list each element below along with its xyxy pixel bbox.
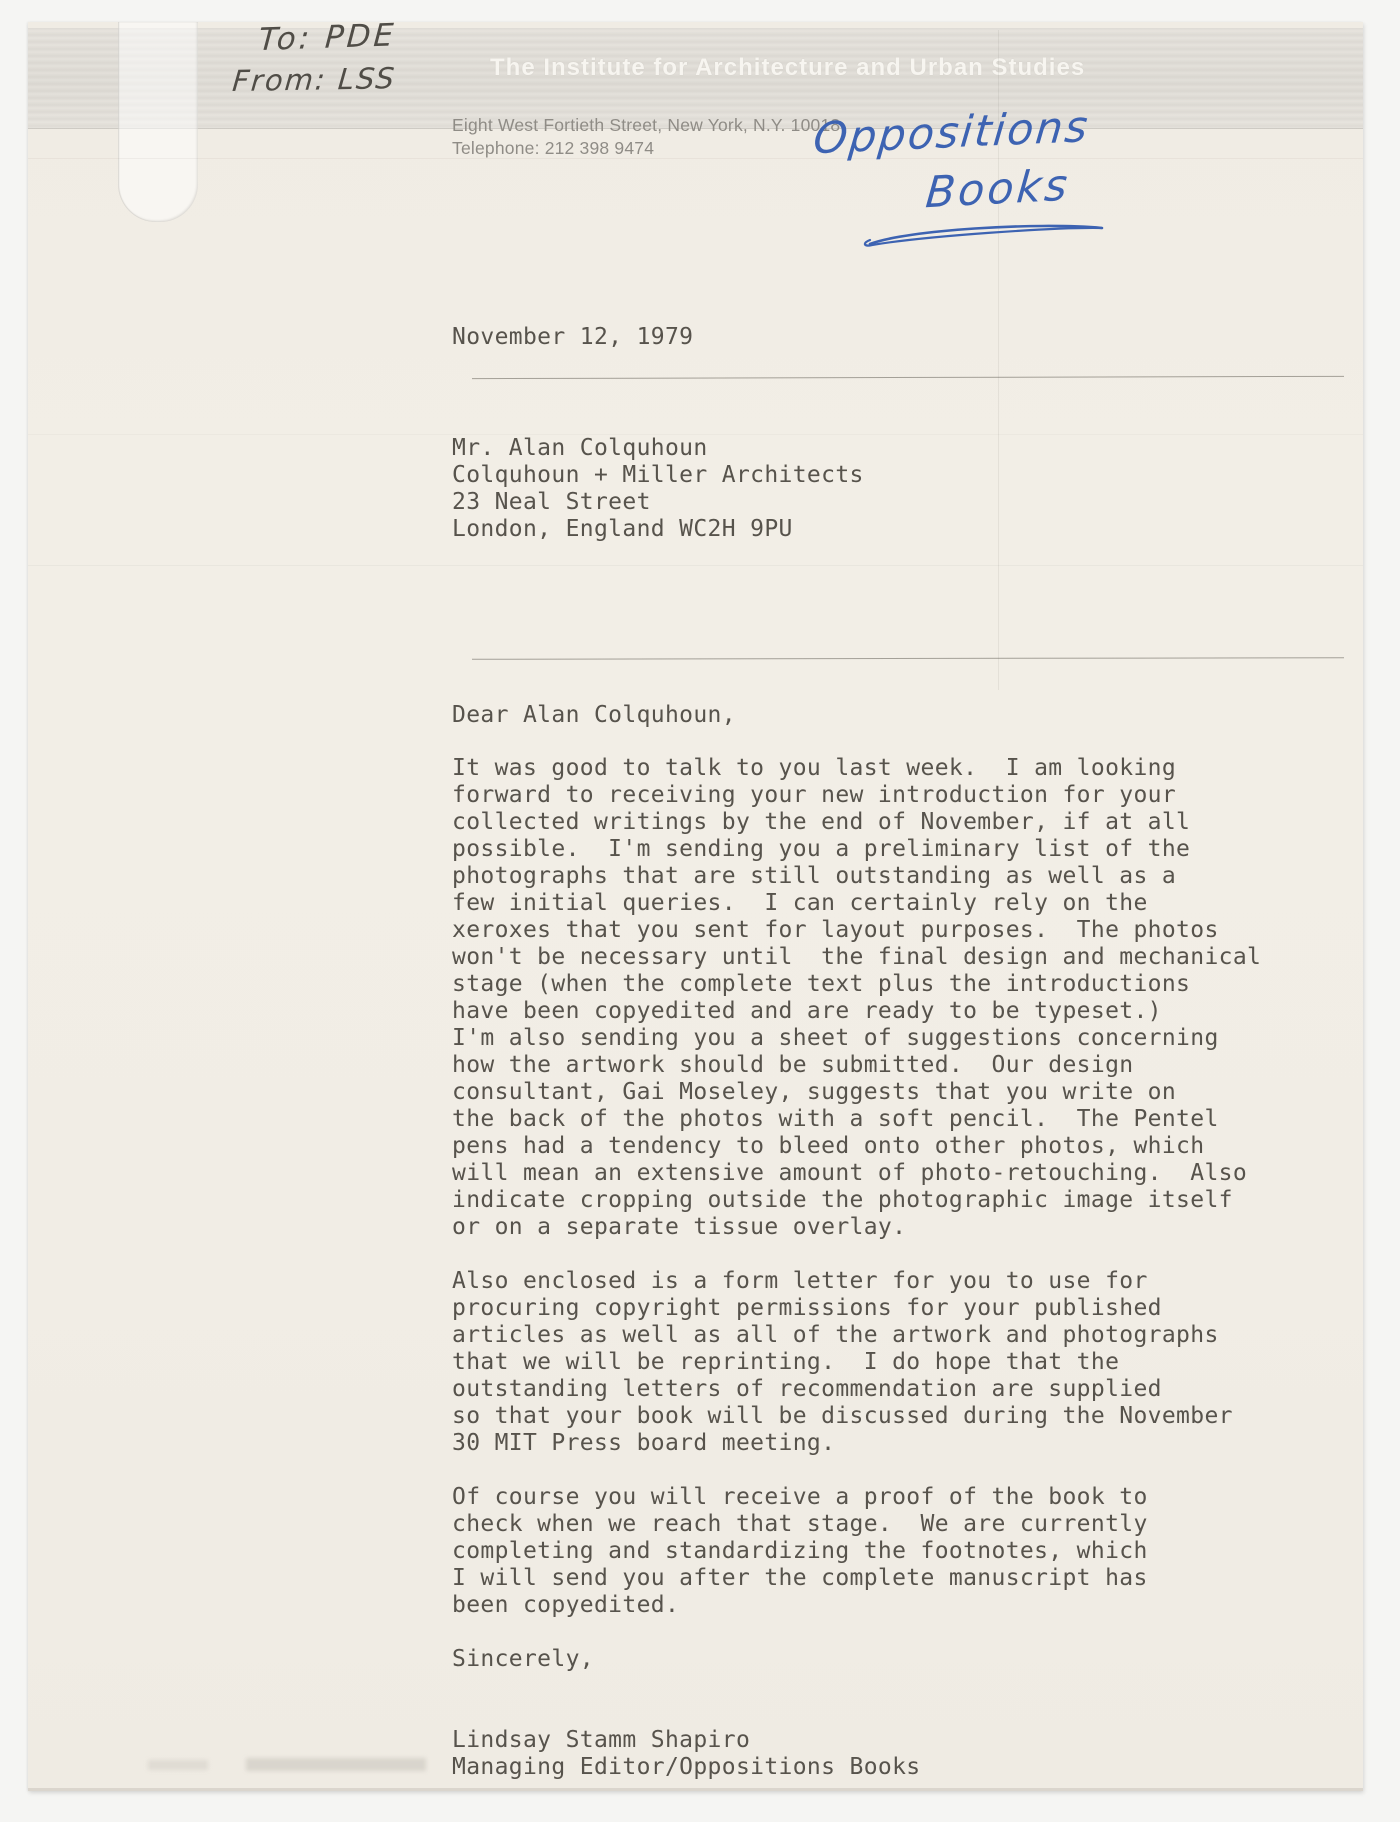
institute-name-ghost-text: The Institute for Architecture and Urban…	[490, 54, 1250, 82]
body-paragraph-3: Of course you will receive a proof of th…	[452, 1484, 1148, 1619]
handwritten-to-note: To: PDE	[257, 17, 397, 58]
handwritten-books: Books	[924, 160, 1073, 218]
signature-block: Lindsay Stamm Shapiro Managing Editor/Op…	[452, 1727, 921, 1781]
closing: Sincerely,	[452, 1646, 594, 1673]
body-paragraph-2: Also enclosed is a form letter for you t…	[452, 1268, 1233, 1457]
letterhead-address: Eight West Fortieth Street, New York, N.…	[452, 114, 840, 160]
ghost-ink-smudge	[246, 1758, 426, 1771]
letter-paper: The Institute for Architecture and Urban…	[28, 22, 1363, 1791]
letterhead-telephone-line: Telephone: 212 398 9474	[452, 138, 654, 158]
recipient-address-block: Mr. Alan Colquhoun Colquhoun + Miller Ar…	[452, 435, 864, 543]
horizontal-rule-top	[472, 376, 1344, 379]
paper-bottom-edge	[28, 1788, 1363, 1791]
letterhead-street-line: Eight West Fortieth Street, New York, N.…	[452, 115, 840, 135]
tape-mark	[118, 22, 198, 222]
body-paragraph-1: It was good to talk to you last week. I …	[452, 755, 1261, 1241]
ghost-ink-smudge	[148, 1760, 208, 1770]
handwritten-from-note: From: LSS	[231, 61, 397, 98]
horizontal-crease	[28, 565, 1363, 566]
blue-underline-stroke	[856, 218, 1116, 254]
salutation: Dear Alan Colquhoun,	[452, 702, 736, 729]
letter-date: November 12, 1979	[452, 324, 693, 351]
horizontal-rule-middle	[472, 657, 1344, 660]
